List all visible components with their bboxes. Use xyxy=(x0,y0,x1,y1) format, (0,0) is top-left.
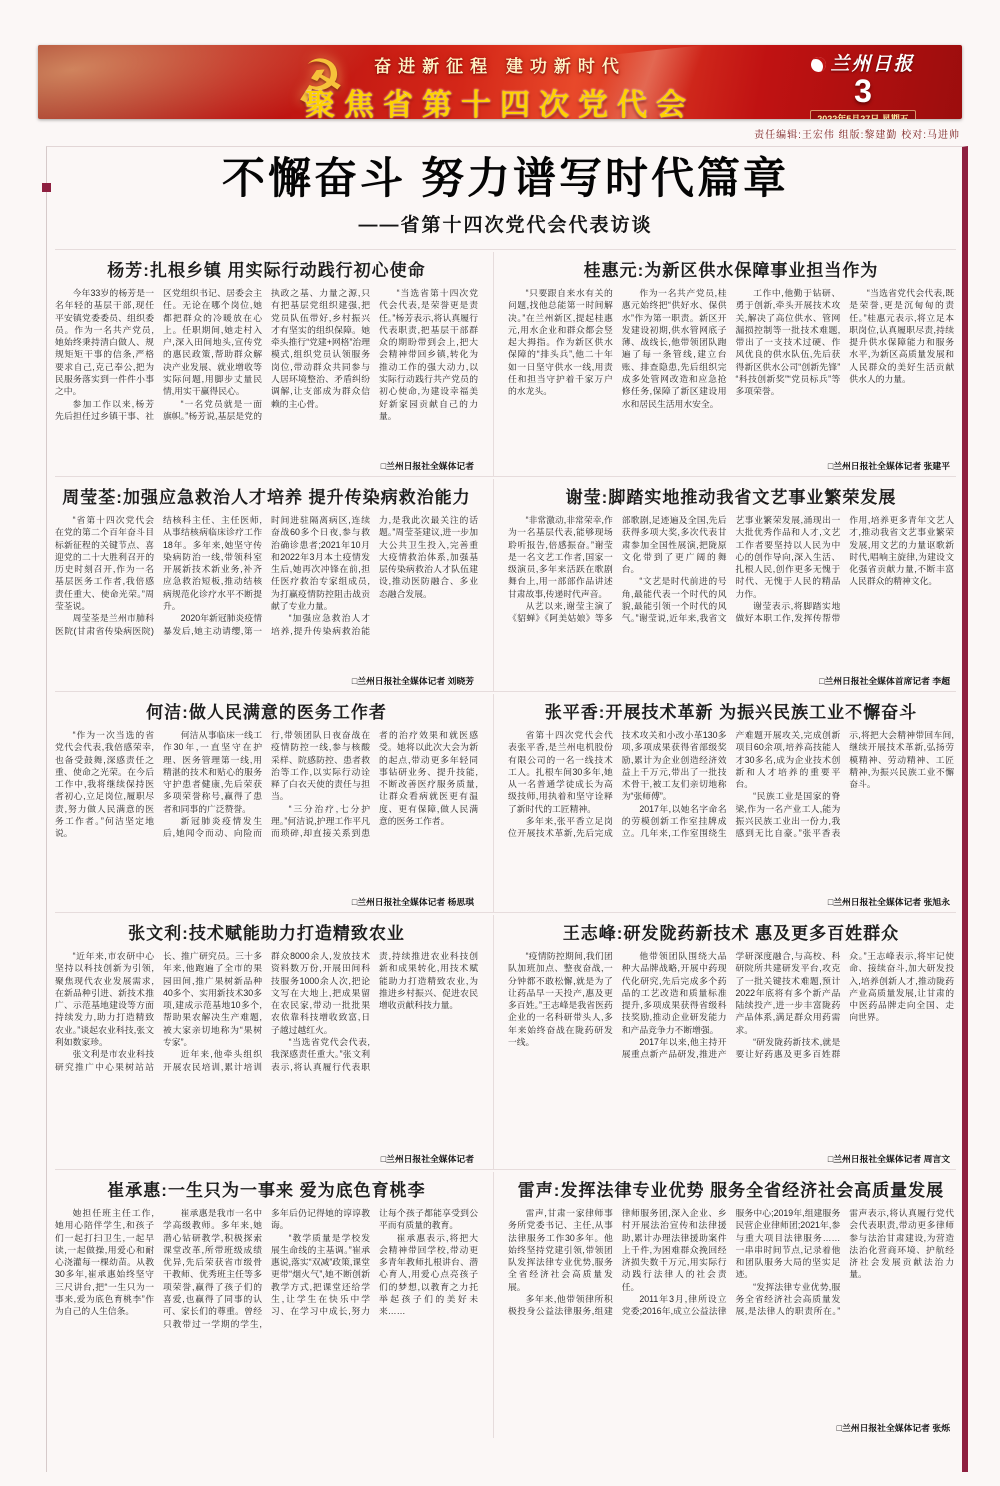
article-row: 张文利:技术赋能助力打造精致农业 “近年来,市农研中心坚持以科技创新为引领,聚焦… xyxy=(55,912,956,1169)
article-paragraph: 雷声,甘肃一家律师事务所党委书记、主任,从事法律服务工作30多年。他始终坚持党建… xyxy=(508,1207,613,1293)
article-byline: □兰州日报社全媒体记者 张建平 xyxy=(508,457,954,472)
article-paragraph: 作为一名共产党员,桂惠元始终把“供好水、保供水”作为第一职责。新区开发建设初期,… xyxy=(622,287,727,410)
article-leisheng: 雷声:发挥法律专业优势 服务全省经济社会高质量发展 雷声,甘肃一家律师事务所党委… xyxy=(493,1172,956,1438)
page-number: 3 xyxy=(778,76,948,106)
article-paragraph: 何洁从事临床一线工作30年,一直坚守在护理、医务管理第一线,用精湛的技术和贴心的… xyxy=(163,729,262,815)
content-frame: 不懈奋斗 努力谱写时代篇章 ——省第十四次党代会代表访谈 杨芳:扎根乡镇 用实际… xyxy=(46,146,968,1472)
article-row: 崔承惠:一生只为一事来 爱为底色育桃李 她担任班主任工作,她用心陪伴学生,和孩子… xyxy=(55,1169,956,1438)
article-byline: □兰州日报社全媒体记者 杨思琪 xyxy=(55,893,478,908)
article-wangzhifeng: 王志峰:研发陇药新技术 惠及更多百姓群众 “疫情防控期间,我们团队加班加点、整夜… xyxy=(493,915,956,1169)
article-paragraph: “只要跟自来水有关的问题,找他总能第一时间解决。”在兰州新区,提起桂惠元,用水企… xyxy=(508,287,613,398)
article-byline: □兰州日报社全媒体记者 xyxy=(55,457,478,472)
article-byline xyxy=(55,1419,478,1421)
article-row: 杨芳:扎根乡镇 用实际行动践行初心使命 今年33岁的杨芳是一名年轻的基层干部,现… xyxy=(55,249,956,476)
article-paragraph: “省第十四次党代会在党的第二个百年奋斗目标新征程的关键节点、喜迎党的二十大胜利召… xyxy=(55,514,154,612)
article-paragraph: “当选省第十四次党代会代表,是荣誉更是责任。”杨芳表示,将认真履行代表职责,把基… xyxy=(379,287,478,422)
masthead: 兰州日报 3 2022年5月27日 星期五 xyxy=(778,49,948,119)
article-paragraph: 崔承惠表示,将把大会精神带回学校,带动更多青年教师扎根讲台、潜心育人,用爱心点亮… xyxy=(379,1232,478,1318)
article-byline: □兰州日报社全媒体记者 张旭永 xyxy=(508,893,954,908)
article-zhouyingquan: 周莹荃:加强应急救治人才培养 提升传染病救治能力 “省第十四次党代会在党的第二个… xyxy=(55,479,480,691)
article-title: 桂惠元:为新区供水保障事业担当作为 xyxy=(508,256,954,281)
article-guihuiyuan: 桂惠元:为新区供水保障事业担当作为 “只要跟自来水有关的问题,找他总能第一时间解… xyxy=(493,252,956,476)
editors-line: 责任编辑:王宏伟 组版:黎建勤 校对:马进帅 xyxy=(754,126,960,141)
article-body: “疫情防控期间,我们团队加班加点、整夜奋战,一分钟都不敢松懈,就是为了让药品早一… xyxy=(508,950,954,1150)
newspaper-logo: 兰州日报 xyxy=(778,49,948,76)
article-cuichenghui: 崔承惠:一生只为一事来 爱为底色育桃李 她担任班主任工作,她用心陪伴学生,和孩子… xyxy=(55,1172,480,1438)
article-body: 今年33岁的杨芳是一名年轻的基层干部,现任平安镇党委委员、组织委员。作为一名共产… xyxy=(55,287,478,457)
article-zhangwenli: 张文利:技术赋能助力打造精致农业 “近年来,市农研中心坚持以科技创新为引领,聚焦… xyxy=(55,915,480,1169)
article-body: “只要跟自来水有关的问题,找他总能第一时间解决。”在兰州新区,提起桂惠元,用水企… xyxy=(508,287,954,457)
article-paragraph: 她担任班主任工作,她用心陪伴学生,和孩子们一起打扫卫生,一起早读,一起做操,用爱… xyxy=(55,1207,154,1318)
article-body: “作为一次当选的省党代会代表,我倍感荣幸,也备受鼓舞,深感责任之重、使命之光荣。… xyxy=(55,729,478,893)
article-title: 张文利:技术赋能助力打造精致农业 xyxy=(55,919,478,944)
article-title: 雷声:发挥法律专业优势 服务全省经济社会高质量发展 xyxy=(508,1176,954,1201)
newspaper-logo-icon xyxy=(811,57,826,72)
article-paragraph: “近年来,市农研中心坚持以科技创新为引领,聚焦现代农业发展需求,在新品种引进、新… xyxy=(55,950,154,1048)
article-body: “省第十四次党代会在党的第二个百年奋斗目标新征程的关键节点、喜迎党的二十大胜利召… xyxy=(55,514,478,672)
article-paragraph: “作为一次当选的省党代会代表,我倍感荣幸,也备受鼓舞,深感责任之重、使命之光荣。… xyxy=(55,729,154,840)
article-title: 杨芳:扎根乡镇 用实际行动践行初心使命 xyxy=(55,256,478,281)
article-title: 周莹荃:加强应急救治人才培养 提升传染病救治能力 xyxy=(55,483,478,508)
article-byline: □兰州日报社全媒体记者 张烁 xyxy=(508,1419,954,1434)
article-byline: □兰州日报社全媒体记者 周言文 xyxy=(508,1150,954,1165)
newspaper-page: ☭ 奋进新征程 建功新时代 聚焦省第十四次党代会 兰州日报 3 2022年5月2… xyxy=(0,0,1000,1486)
article-byline: □兰州日报社全媒体记者 xyxy=(55,1150,478,1165)
article-hejie: 何洁:做人民满意的医务工作者 “作为一次当选的省党代会代表,我倍感荣幸,也备受鼓… xyxy=(55,694,480,912)
lead-headline-block: 不懈奋斗 努力谱写时代篇章 ——省第十四次党代会代表访谈 xyxy=(55,153,956,237)
article-title: 何洁:做人民满意的医务工作者 xyxy=(55,698,478,723)
article-paragraph: 他带领团队围绕大品种大品牌战略,开展中药现代化研究,先后完成多个药品的工艺改造和… xyxy=(622,950,727,1036)
date-line: 2022年5月27日 星期五 xyxy=(810,110,916,119)
article-row: 何洁:做人民满意的医务工作者 “作为一次当选的省党代会代表,我倍感荣幸,也备受鼓… xyxy=(55,691,956,912)
article-title: 王志峰:研发陇药新技术 惠及更多百姓群众 xyxy=(508,919,954,944)
article-paragraph: 工作中,他勤于钻研、勇于创新,牵头开展技术攻关,解决了高位供水、管网漏损控制等一… xyxy=(736,287,841,398)
corner-mark xyxy=(42,183,51,192)
article-title: 崔承惠:一生只为一事来 爱为底色育桃李 xyxy=(55,1176,478,1201)
page-title: 不懈奋斗 努力谱写时代篇章 xyxy=(55,153,956,205)
article-grid: 杨芳:扎根乡镇 用实际行动践行初心使命 今年33岁的杨芳是一名年轻的基层干部,现… xyxy=(55,249,956,1438)
article-yangfang: 杨芳:扎根乡镇 用实际行动践行初心使命 今年33岁的杨芳是一名年轻的基层干部,现… xyxy=(55,252,480,476)
article-row: 周莹荃:加强应急救治人才培养 提升传染病救治能力 “省第十四次党代会在党的第二个… xyxy=(55,476,956,691)
article-paragraph: “当选省党代会代表,既是荣誉,更是沉甸甸的责任。”桂惠元表示,将立足本职岗位,认… xyxy=(849,287,954,385)
article-paragraph: 今年33岁的杨芳是一名年轻的基层干部,现任平安镇党委委员、组织委员。作为一名共产… xyxy=(55,287,154,398)
article-body: “非常激动,非常荣幸,作为一名基层代表,能够现场聆听报告,倍感振奋。”谢莹是一名… xyxy=(508,514,954,672)
article-zhangpingxiang: 张平香:开展技术革新 为振兴民族工业不懈奋斗 省第十四次党代会代表张平香,是兰州… xyxy=(493,694,956,912)
article-xieying: 谢莹:脚踏实地推动我省文艺事业繁荣发展 “非常激动,非常荣幸,作为一名基层代表,… xyxy=(493,479,956,691)
article-body: “近年来,市农研中心坚持以科技创新为引领,聚焦现代农业发展需求,在新品种引进、新… xyxy=(55,950,478,1150)
article-paragraph: 省第十四次党代会代表张平香,是兰州电机股份有限公司的一名一线技术工人。扎根车间3… xyxy=(508,729,613,815)
newspaper-name: 兰州日报 xyxy=(830,54,914,75)
article-body: 雷声,甘肃一家律师事务所党委书记、主任,从事法律服务工作30多年。他始终坚持党建… xyxy=(508,1207,954,1419)
banner: ☭ 奋进新征程 建功新时代 聚焦省第十四次党代会 兰州日报 3 2022年5月2… xyxy=(38,45,962,119)
article-body: 省第十四次党代会代表张平香,是兰州电机股份有限公司的一名一线技术工人。扎根车间3… xyxy=(508,729,954,893)
article-title: 谢莹:脚踏实地推动我省文艺事业繁荣发展 xyxy=(508,483,954,508)
article-byline: □兰州日报社全媒体记者 刘晓芳 xyxy=(55,672,478,687)
article-paragraph: “非常激动,非常荣幸,作为一名基层代表,能够现场聆听报告,倍感振奋。”谢莹是一名… xyxy=(508,514,613,600)
article-title: 张平香:开展技术革新 为振兴民族工业不懈奋斗 xyxy=(508,698,954,723)
article-byline: □兰州日报社全媒体首席记者 李超 xyxy=(508,672,954,687)
page-subtitle: ——省第十四次党代会代表访谈 xyxy=(55,210,956,237)
article-body: 她担任班主任工作,她用心陪伴学生,和孩子们一起打扫卫生,一起早读,一起做操,用爱… xyxy=(55,1207,478,1419)
article-paragraph: “疫情防控期间,我们团队加班加点、整夜奋战,一分钟都不敢松懈,就是为了让药品早一… xyxy=(508,950,613,1048)
